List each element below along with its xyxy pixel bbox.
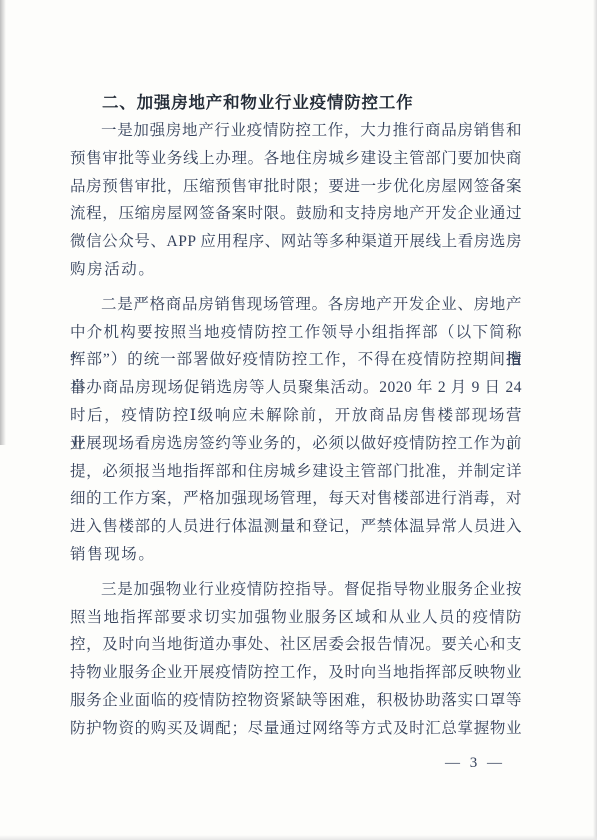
text-line: 提，必须报当地指挥部和住房城乡建设主管部门批准，并制定详 [70, 458, 522, 486]
text-line: 一是加强房地产行业疫情防控工作，大力推行商品房销售和 [70, 117, 522, 145]
text-line: 防护物资的购买及调配；尽量通过网络等方式及时汇总掌握物业 [70, 715, 522, 743]
text-line: 三是加强物业行业疫情防控指导。督促指导物业服务企业按 [70, 576, 522, 604]
para-sales-site-management: 二是严格商品房销售现场管理。各房地产开发企业、房地产中介机构要按照当地疫情防控工… [70, 291, 522, 569]
text-line: 中介机构要按照当地疫情防控工作领导小组指挥部（以下简称“指 [70, 319, 522, 347]
document-page: 二、加强房地产和物业行业疫情防控工作 一是加强房地产行业疫情防控工作，大力推行商… [0, 0, 597, 840]
text-line: 流程，压缩房屋网签备案时限。鼓励和支持房地产开发企业通过 [70, 200, 522, 228]
page-number: — 3 — [445, 755, 505, 772]
text-line: 二是严格商品房销售现场管理。各房地产开发企业、房地产 [70, 291, 522, 319]
text-line: 挥部”）的统一部署做好疫情防控工作，不得在疫情防控期间擅自 [70, 346, 522, 374]
text-line: 控，及时向当地街道办事处、社区居委会报告情况。要关心和支 [70, 631, 522, 659]
scan-edge-right-shadow [593, 0, 597, 840]
para-real-estate-online-services: 一是加强房地产行业疫情防控工作，大力推行商品房销售和预售审批等业务线上办理。各地… [70, 117, 522, 284]
text-line: 销售现场。 [70, 541, 522, 569]
text-line: 购房活动。 [70, 256, 522, 284]
scan-edge-bottom-shadow [0, 835, 597, 840]
text-line: 开展现场看房选房签约等业务的，必须以做好疫情防控工作为前 [70, 430, 522, 458]
text-line: 服务企业面临的疫情防控物资紧缺等困难，积极协助落实口罩等 [70, 687, 522, 715]
text-line: 持物业服务企业开展疫情防控工作，及时向当地指挥部反映物业 [70, 659, 522, 687]
text-line: 照当地指挥部要求切实加强物业服务区域和从业人员的疫情防 [70, 604, 522, 632]
text-line: 微信公众号、APP 应用程序、网站等多种渠道开展线上看房选房 [70, 228, 522, 256]
text-line: 预售审批等业务线上办理。各地住房城乡建设主管部门要加快商 [70, 145, 522, 173]
para-property-industry-guidance: 三是加强物业行业疫情防控指导。督促指导物业服务企业按照当地指挥部要求切实加强物业… [70, 576, 522, 743]
document-body: 二、加强房地产和物业行业疫情防控工作 一是加强房地产行业疫情防控工作，大力推行商… [70, 89, 522, 743]
paragraph-container: 一是加强房地产行业疫情防控工作，大力推行商品房销售和预售审批等业务线上办理。各地… [70, 117, 522, 743]
text-line: 进入售楼部的人员进行体温测量和登记，严禁体温异常人员进入 [70, 513, 522, 541]
text-line: 时后，疫情防控Ⅰ级响应未解除前，开放商品房售楼部现场营业、 [70, 402, 522, 430]
text-line: 品房预售审批，压缩预售审批时限；要进一步优化房屋网签备案 [70, 173, 522, 201]
text-line: 举办商品房现场促销选房等人员聚集活动。2020 年 2 月 9 日 24 [70, 374, 522, 402]
text-line: 细的工作方案，严格加强现场管理，每天对售楼部进行消毒，对 [70, 485, 522, 513]
section-heading: 二、加强房地产和物业行业疫情防控工作 [70, 89, 522, 117]
scan-edge-left-shadow [0, 0, 6, 445]
